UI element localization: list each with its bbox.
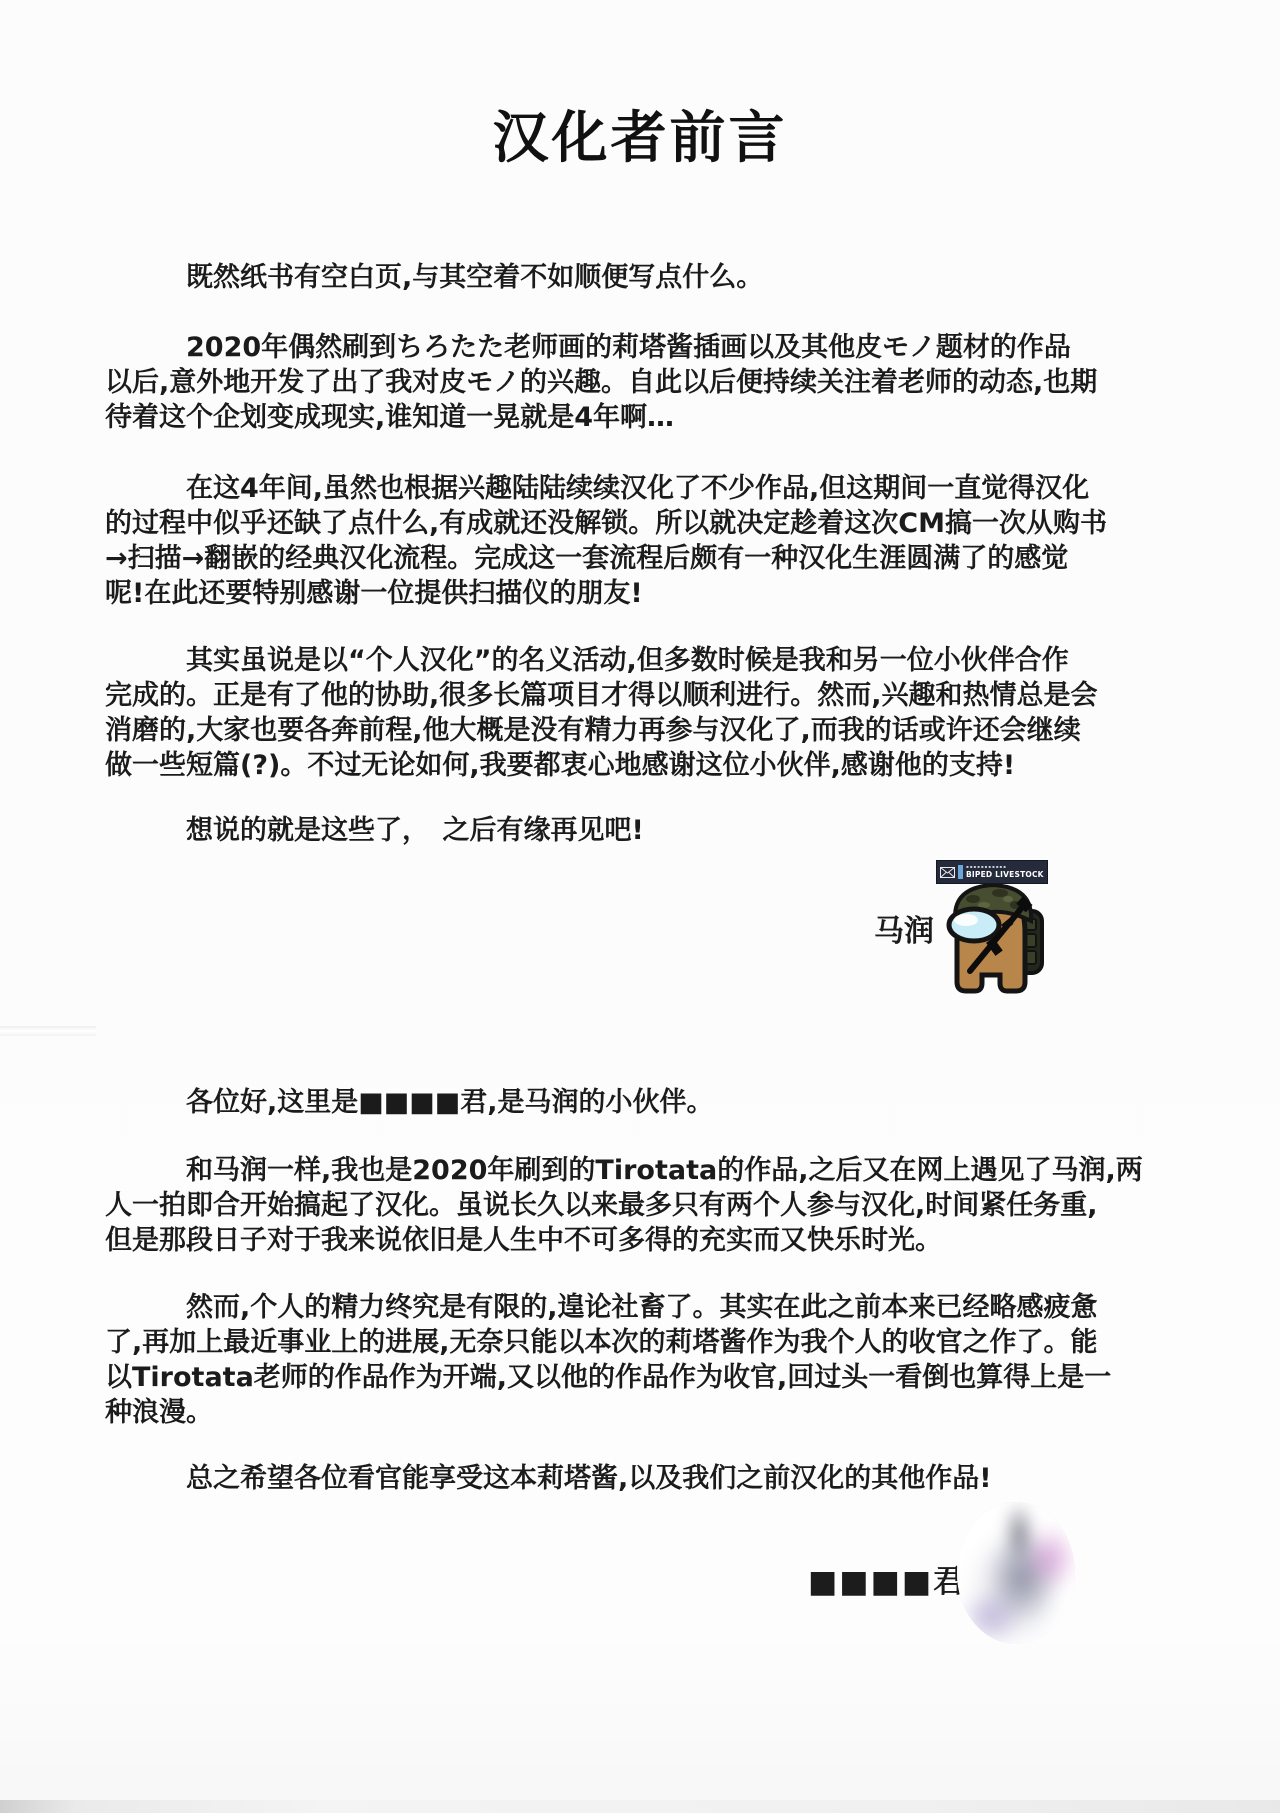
- text-line: 呢!在此还要特别感谢一位提供扫描仪的朋友!: [105, 576, 1005, 611]
- text-line: 各位好,这里是■■■■君,是马润的小伙伴。: [105, 1085, 1005, 1120]
- scan-crease-artifact: [0, 1026, 96, 1036]
- paragraph-like-marun: 和马润一样,我也是2020年刷到的Tirotata的作品,之后又在网上遇见了马润…: [105, 1153, 1005, 1258]
- banner-label: BIPED LIVESTOCK™ 24[1]: [966, 871, 1044, 879]
- among-us-character: [938, 879, 1048, 1001]
- text-line: 然而,个人的精力终究是有限的,遑论社畜了。其实在此之前本来已经略感疲惫: [105, 1290, 1005, 1325]
- text-line: 做一些短篇(?)。不过无论如何,我要都衷心地感谢这位小伙伴,感谢他的支持!: [105, 748, 1005, 783]
- paragraph-2020-discovery: 2020年偶然刷到ちろたた老师画的莉塔酱插画以及其他皮モノ题材的作品以后,意外地…: [105, 330, 1005, 435]
- text-line: 以Tirotata老师的作品作为开端,又以他的作品作为收官,回过头一看倒也算得上…: [105, 1360, 1005, 1395]
- avatar-blurred-image: [957, 1502, 1075, 1644]
- text-line: 了,再加上最近事业上的进展,无奈只能以本次的莉塔酱作为我个人的收官之作了。能: [105, 1325, 1005, 1360]
- visor: [949, 909, 999, 941]
- signature-partner: ■■■■君: [808, 1556, 966, 1601]
- page-title: 汉化者前言: [0, 104, 1280, 174]
- sticker-nameplate: ▪▪▪▪▪▪▪▪▪▪▪ BIPED LIVESTOCK™ 24[1]: [936, 860, 1048, 884]
- paragraph-partner-thanks: 其实虽说是以“个人汉化”的名义活动,但多数时候是我和另一位小伙伴合作完成的。正是…: [105, 643, 1005, 783]
- text-line: →扫描→翻嵌的经典汉化流程。完成这一套流程后颇有一种汉化生涯圆满了的感觉: [105, 541, 1005, 576]
- paragraph-intro: 既然纸书有空白页,与其空着不如顺便写点什么。: [105, 260, 1005, 295]
- crewmate-sticker: ▪▪▪▪▪▪▪▪▪▪▪ BIPED LIVESTOCK™ 24[1]: [936, 860, 1050, 1010]
- signature-marun: 马润: [874, 906, 934, 950]
- text-line: 在这4年间,虽然也根据兴趣陆陆续续汉化了不少作品,但这期间一直觉得汉化: [105, 471, 1005, 506]
- paragraph-farewell: 想说的就是这些了， 之后有缘再见吧!: [105, 813, 1005, 848]
- text-line: 以后,意外地开发了出了我对皮モノ的兴趣。自此以后便持续关注着老师的动态,也期: [105, 365, 1005, 400]
- scan-bottom-edge: [0, 1800, 1280, 1813]
- paragraph-four-years: 在这4年间,虽然也根据兴趣陆陆续续汉化了不少作品,但这期间一直觉得汉化的过程中似…: [105, 471, 1005, 611]
- banner-blue-tab: [958, 865, 963, 879]
- paragraph-hello: 各位好,这里是■■■■君,是马润的小伙伴。: [105, 1085, 1005, 1120]
- text-line: 完成的。正是有了他的协助,很多长篇项目才得以顺利进行。然而,兴趣和热情总是会: [105, 678, 1005, 713]
- text-line: 2020年偶然刷到ちろたた老师画的莉塔酱插画以及其他皮モノ题材的作品: [105, 330, 1005, 365]
- text-line: 想说的就是这些了， 之后有缘再见吧!: [105, 813, 1005, 848]
- text-line: 既然纸书有空白页,与其空着不如顺便写点什么。: [105, 260, 1005, 295]
- text-line: 的过程中似乎还缺了点什么,有成就还没解锁。所以就决定趁着这次CM搞一次从购书: [105, 506, 1005, 541]
- text-line: 总之希望各位看官能享受这本莉塔酱,以及我们之前汉化的其他作品!: [105, 1461, 1005, 1496]
- envelope-icon: [940, 867, 955, 878]
- translator-avatar: [957, 1502, 1075, 1644]
- text-line: 和马润一样,我也是2020年刷到的Tirotata的作品,之后又在网上遇见了马润…: [105, 1153, 1005, 1188]
- text-line: 其实虽说是以“个人汉化”的名义活动,但多数时候是我和另一位小伙伴合作: [105, 643, 1005, 678]
- text-line: 消磨的,大家也要各奔前程,他大概是没有精力再参与汉化了,而我的话或许还会继续: [105, 713, 1005, 748]
- text-line: 人一拍即合开始搞起了汉化。虽说长久以来最多只有两个人参与汉化,时间紧任务重,: [105, 1188, 1005, 1223]
- banner-fine-print: ▪▪▪▪▪▪▪▪▪▪▪: [966, 865, 1044, 869]
- scanned-page: 汉化者前言 既然纸书有空白页,与其空着不如顺便写点什么。 2020年偶然刷到ちろ…: [0, 0, 1280, 1813]
- text-line: 种浪漫。: [105, 1395, 1005, 1430]
- text-line: 但是那段日子对于我来说依旧是人生中不可多得的充实而又快乐时光。: [105, 1223, 1005, 1258]
- paragraph-retirement: 然而,个人的精力终究是有限的,遑论社畜了。其实在此之前本来已经略感疲惫了,再加上…: [105, 1290, 1005, 1430]
- paragraph-closing: 总之希望各位看官能享受这本莉塔酱,以及我们之前汉化的其他作品!: [105, 1461, 1005, 1496]
- text-line: 待着这个企划变成现实,谁知道一晃就是4年啊…: [105, 400, 1005, 435]
